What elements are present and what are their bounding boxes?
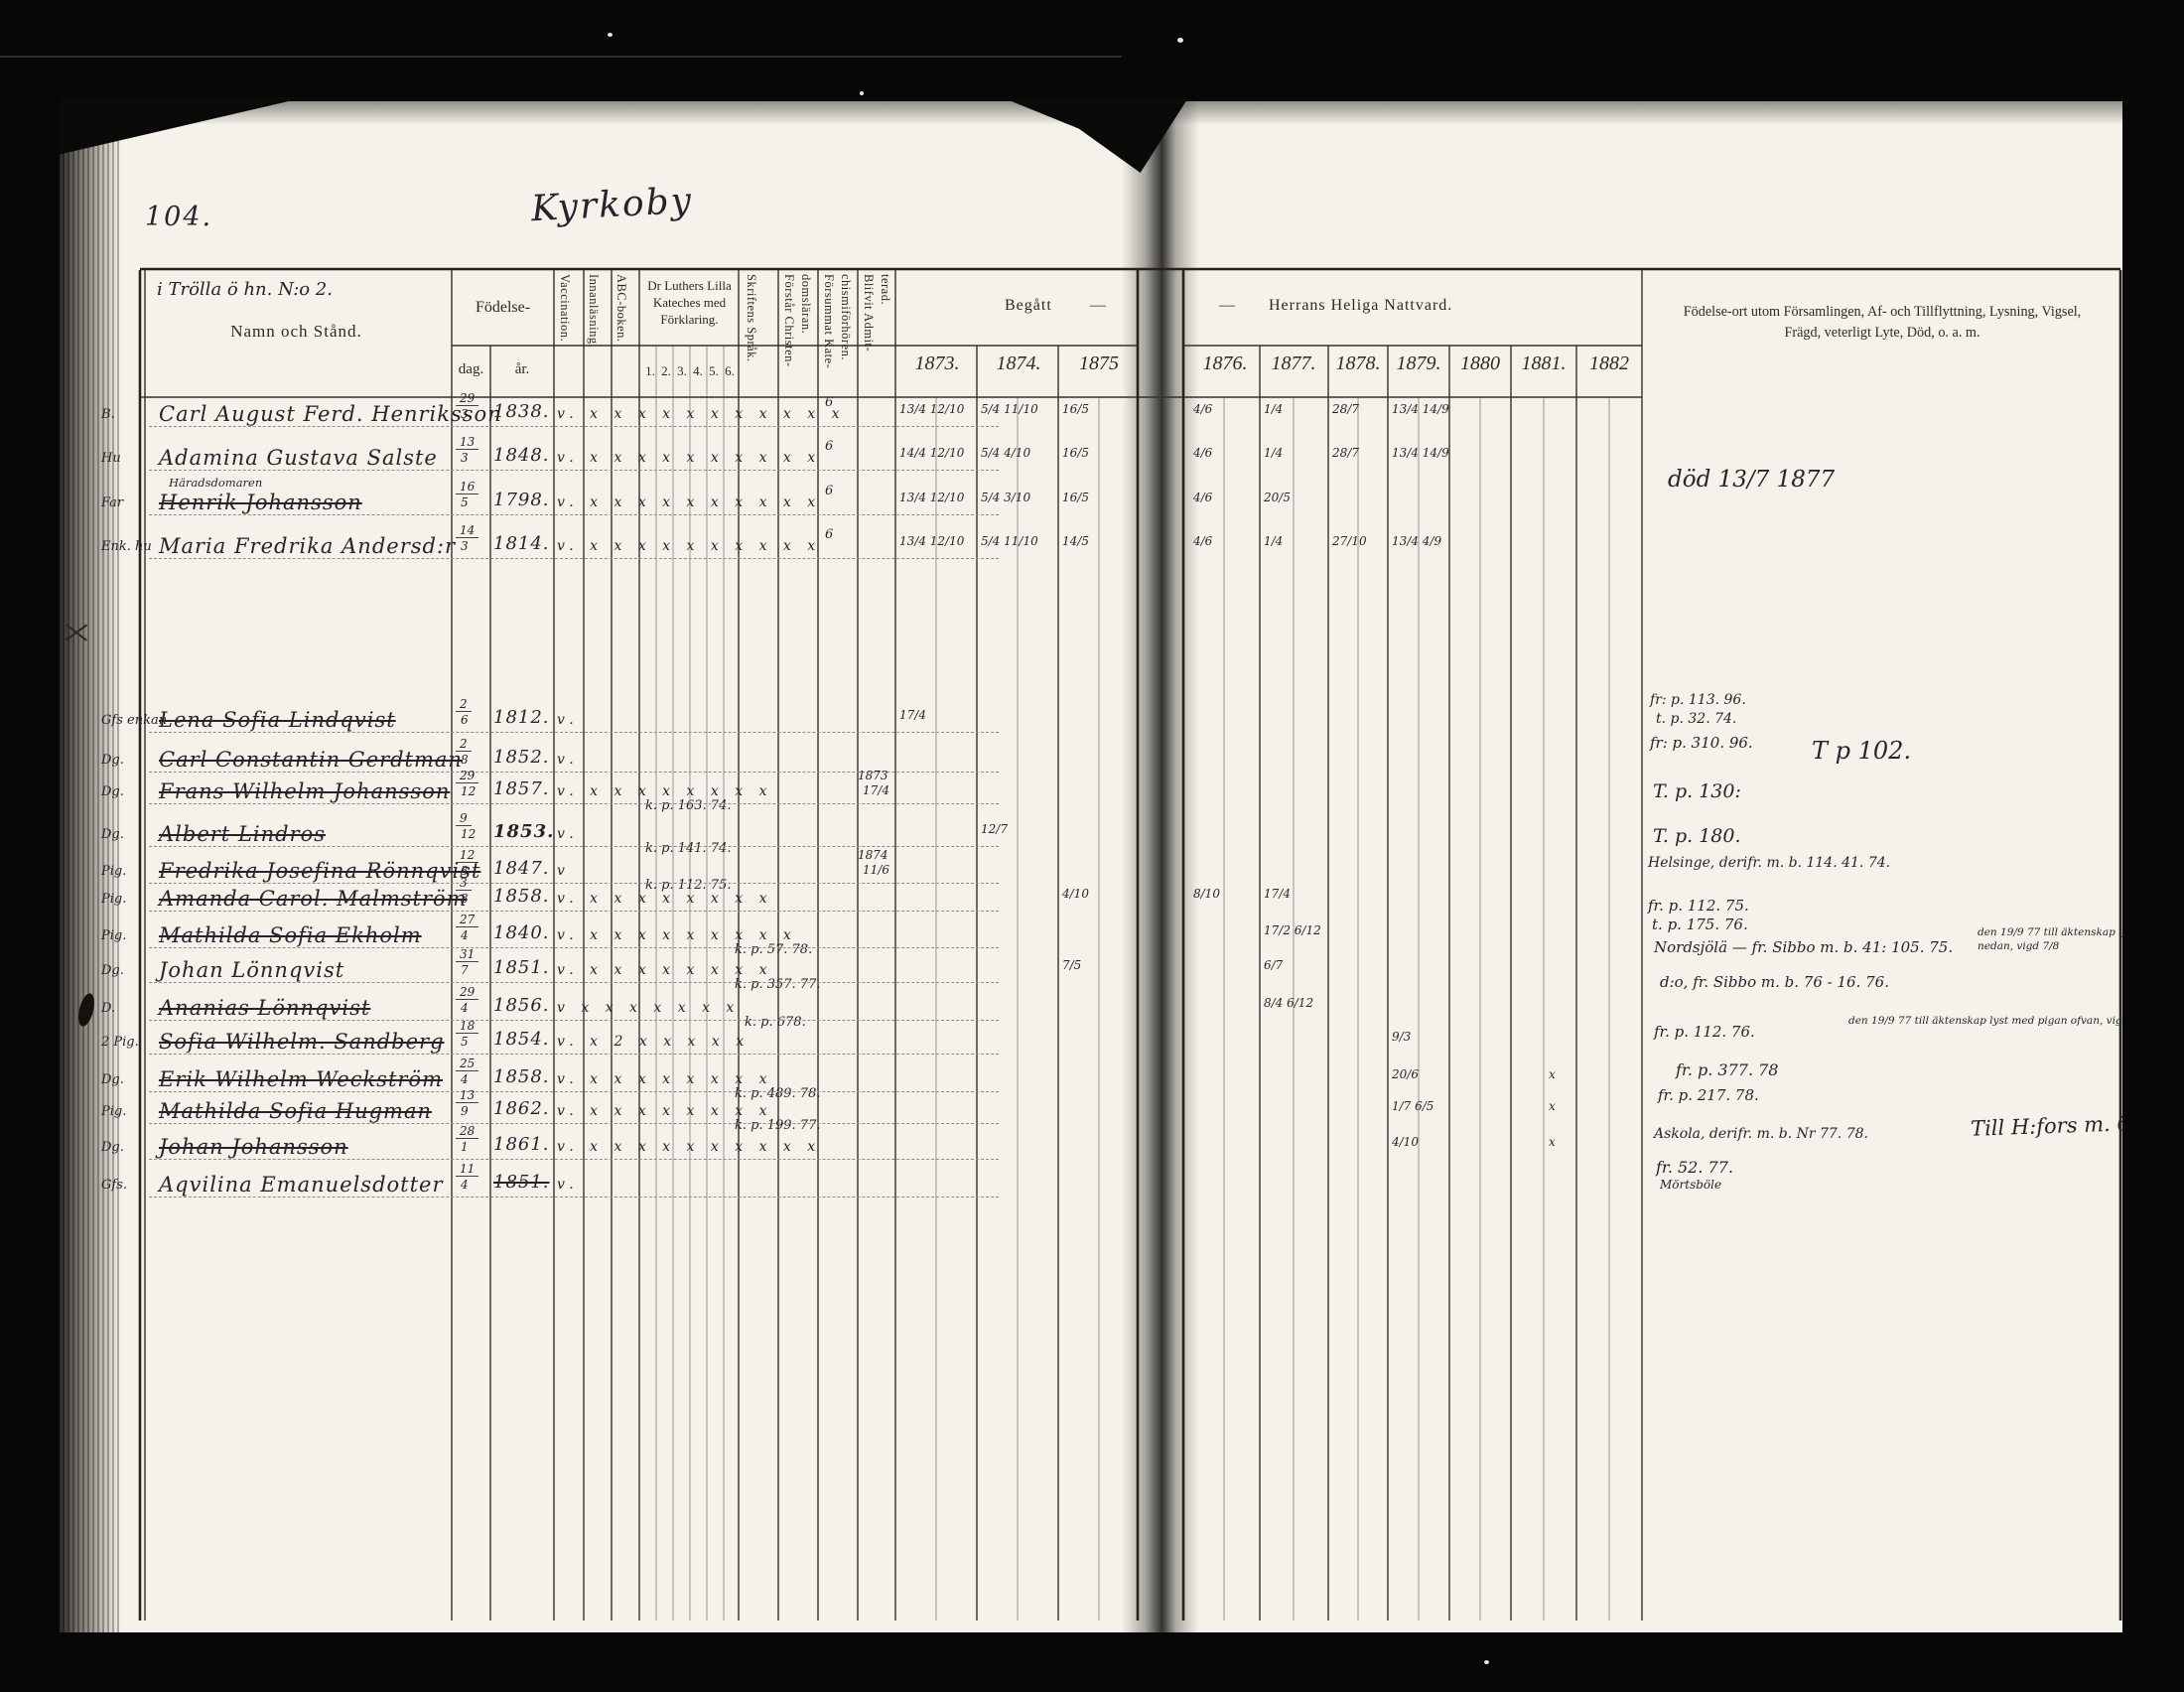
birth-month: 3 [461, 539, 469, 553]
page-ref-note: k. p. 57. 78. [735, 942, 812, 957]
admitted-date: 17/4 [863, 783, 889, 797]
birth-month: 5 [461, 495, 469, 509]
communion-1876: 4/6 [1193, 534, 1259, 548]
communion-1876: 4/6 [1193, 402, 1259, 416]
row-name: Aqvilina Emanuelsdotter [159, 1173, 444, 1197]
year-header-1877: 1877. [1261, 352, 1326, 375]
page-ref-note: k. p. 489. 78. [735, 1086, 820, 1101]
row-name: Johan Johansson [159, 1135, 348, 1159]
birth-month: 4 [461, 1178, 469, 1192]
birth-month: 7 [461, 963, 469, 977]
row-prefix: Dg. [101, 1140, 124, 1155]
birth-year: 1851. [493, 1172, 550, 1193]
birth-year: 1853. [493, 821, 554, 842]
birth-month: 4 [461, 1072, 469, 1086]
row-name: Albert Lindros [159, 822, 326, 846]
communion-1881: x [1549, 1135, 1608, 1149]
page-ref-note: k. p. 199. 77. [735, 1118, 820, 1133]
birth-year: 1854. [493, 1029, 550, 1050]
birth-day: 16 [456, 480, 478, 494]
birth-day: 29 [456, 985, 478, 1000]
margin-note: fr. p. 377. 78 [1676, 1060, 1778, 1079]
communion-1876: 4/6 [1193, 491, 1259, 504]
year-header-1875: 1875 [1062, 352, 1136, 375]
communion-1877: 17/2 6/12 [1264, 923, 1327, 937]
row-marks: v. x x x x x x x x x x [557, 494, 821, 510]
row-underline [149, 1197, 999, 1198]
margin-note-small: Mörtsböle [1660, 1178, 1721, 1192]
margin-note: t. p. 175. 76. [1652, 916, 1748, 933]
communion-1877: 1/4 [1264, 534, 1327, 548]
birth-year: 1812. [493, 707, 550, 728]
birth-month: 8 [461, 753, 469, 767]
column-header-remarks: Födelse-ort utom Församlingen, Af- och T… [1646, 302, 2118, 345]
row-prefix: Pig. [101, 892, 126, 907]
row-name: Fredrika Josefina Rönnqvist [159, 859, 480, 883]
missed-exam-mark: 6 [825, 484, 833, 498]
row-underline [149, 1123, 999, 1124]
birth-month: 12 [461, 784, 476, 798]
margin-note: T. p. 130: [1653, 780, 1741, 802]
communion-1873: 13/4 12/10 [899, 402, 975, 416]
birth-year: 1856. [493, 995, 550, 1016]
communion-1879: 9/3 [1392, 1030, 1449, 1044]
birth-year: 1861. [493, 1134, 550, 1155]
column-header-communion: Herrans Heliga Nattvard. [1269, 297, 1452, 315]
row-name: Carl Constantin Gerdtman [159, 748, 463, 772]
birth-month: 5 [461, 1035, 469, 1049]
column-header-vaccination: Vaccination. [556, 274, 584, 395]
birth-year: 1798. [493, 490, 550, 510]
row-above-note: Häradsdomaren [169, 476, 262, 490]
dust-speck [1484, 1660, 1489, 1664]
row-prefix: B. [101, 407, 115, 422]
row-marks: v. [557, 826, 580, 842]
row-prefix: Dg. [101, 753, 124, 768]
birth-day: 29 [456, 769, 478, 783]
communion-1877: 6/7 [1264, 958, 1327, 972]
communion-1873: 13/4 12/10 [899, 534, 975, 548]
row-prefix: Hu [101, 451, 121, 466]
communion-1881: x [1549, 1099, 1608, 1113]
row-marks: v. x x x x x x x x [557, 783, 772, 799]
row-underline [149, 883, 999, 884]
birth-day: 14 [456, 523, 478, 538]
scan-border-right [2122, 0, 2184, 1692]
row-marks: v. x x x x x x x x x x [557, 1139, 821, 1155]
admitted-date: 11/6 [863, 863, 889, 877]
row-marks: v. x x x x x x x x [557, 891, 772, 907]
margin-note: fr. p. 112. 76. [1654, 1023, 1755, 1041]
communion-1878: 27/10 [1332, 534, 1388, 548]
communion-1879: 20/6 [1392, 1067, 1449, 1081]
row-name: Carl August Ferd. Henriksson [159, 402, 502, 426]
birth-month: 1 [461, 1140, 469, 1154]
row-marks: v [557, 863, 571, 879]
row-prefix: D. [101, 1001, 115, 1016]
birth-year: 1858. [493, 1066, 550, 1087]
birth-month: 4 [461, 1001, 469, 1015]
scan-border-left [0, 0, 60, 1692]
birth-month: 3 [461, 892, 469, 906]
birth-year: 1838. [493, 401, 550, 422]
dust-speck [608, 33, 613, 37]
page-ref-note: k. p. 141. 74. [645, 841, 731, 856]
row-underline [149, 514, 999, 515]
row-marks: v. x x x x x x x x [557, 1103, 772, 1119]
communion-1875: 16/5 [1062, 446, 1134, 460]
communion-1873: 13/4 12/10 [899, 491, 975, 504]
birth-month: 3 [461, 407, 469, 421]
row-prefix: Pig. [101, 928, 126, 943]
communion-1878: 28/7 [1332, 402, 1388, 416]
household-note: i Trölla ö hn. N:o 2. [157, 279, 333, 300]
communion-1875: 4/10 [1062, 887, 1134, 901]
row-marks: v. x x x x x x x x x x [557, 450, 821, 466]
row-prefix: 2 Pig. [101, 1035, 139, 1050]
column-header-admitted: Blifvit Admit- terad. [860, 274, 894, 395]
row-name: Amanda Carol. Malmström [159, 887, 468, 911]
row-marks: v. [557, 712, 580, 728]
birth-day: 3 [456, 876, 472, 891]
row-underline [149, 911, 999, 912]
birth-year: 1847. [493, 858, 550, 879]
row-name: Adamina Gustava Salste [159, 446, 438, 470]
admitted-year: 1873 [858, 769, 888, 782]
row-prefix: Dg. [101, 963, 124, 978]
row-underline [149, 1020, 999, 1021]
dust-speck [860, 91, 864, 95]
communion-1879: 1/7 6/5 [1392, 1099, 1449, 1113]
margin-note: fr: p. 310. 96. [1650, 734, 1753, 752]
column-header-begatt: Begått [1005, 297, 1052, 315]
birth-day: 11 [456, 1162, 478, 1177]
year-header-1878: 1878. [1330, 352, 1386, 375]
catechism-subcolumns: 1. 2. 3. 4. 5. 6. [641, 363, 739, 379]
year-header-1873: 1873. [899, 352, 975, 375]
column-header-birth: Födelse- [452, 299, 554, 317]
communion-1877: 1/4 [1264, 402, 1327, 416]
communion-1881: x [1549, 1067, 1608, 1081]
birth-day: 2 [456, 697, 472, 712]
communion-1877: 8/4 6/12 [1264, 996, 1327, 1010]
column-header-reading: Innanläsning. [585, 274, 612, 395]
column-header-scripture: Skriftens Språk. [743, 274, 776, 395]
margin-note: Nordsjölä — fr. Sibbo m. b. 41: 105. 75. [1654, 938, 1953, 956]
margin-note: fr. 52. 77. [1656, 1158, 1733, 1177]
birth-year: 1858. [493, 886, 550, 907]
row-marks: v. [557, 752, 580, 768]
birth-day: 28 [456, 1124, 478, 1139]
page-ref-note: k. p. 163. 74. [645, 798, 731, 813]
row-underline [149, 470, 999, 471]
page-title: Kyrkoby [530, 181, 694, 229]
year-header-1882: 1882 [1578, 352, 1640, 375]
row-underline [149, 732, 999, 733]
row-name: Mathilda Sofia Hugman [159, 1099, 432, 1123]
column-header-catechism: Dr Luthers Lilla Kateches med Förklaring… [641, 278, 738, 329]
row-marks: v. [557, 1177, 580, 1193]
birth-year: 1862. [493, 1098, 550, 1119]
margin-note-death: död 13/7 1877 [1668, 467, 1835, 493]
row-marks: v. x 2 x x x x x [557, 1034, 750, 1050]
row-name: Lena Sofia Lindqvist [159, 708, 396, 732]
communion-1875: 7/5 [1062, 958, 1134, 972]
column-header-name: Namn och Stånd. [141, 322, 452, 342]
communion-1879: 4/10 [1392, 1135, 1449, 1149]
communion-1876: 4/6 [1193, 446, 1259, 460]
column-header-abc-book: ABC-boken. [613, 274, 639, 395]
communion-1877: 1/4 [1264, 446, 1327, 460]
page-ref-note: k. p. 678. [745, 1015, 806, 1030]
communion-1876: 8/10 [1193, 887, 1259, 901]
page-number: 104. [145, 202, 212, 232]
column-header-missed-exams: Försummat Kate- chismiförhören. [820, 274, 857, 395]
margin-note: fr: p. 113. 96. [1650, 692, 1746, 708]
communion-1879: 13/4 14/9 [1392, 402, 1449, 416]
birth-day: 12 [456, 848, 478, 863]
row-prefix: Dg. [101, 827, 124, 842]
birth-day: 18 [456, 1019, 478, 1034]
row-name: Maria Fredrika Andersd:r [159, 534, 456, 558]
row-prefix: Dg. [101, 1072, 124, 1087]
scan-border-top [0, 0, 2184, 101]
margin-note: fr. p. 112. 75. [1648, 897, 1749, 915]
admitted-year: 1874 [858, 848, 888, 862]
row-prefix: Gfs. [101, 1178, 127, 1193]
margin-note: T. p. 180. [1653, 825, 1741, 847]
film-scratch [0, 56, 1122, 58]
birth-year: 1840. [493, 922, 550, 943]
row-underline [149, 846, 999, 847]
communion-1877: 20/5 [1264, 491, 1327, 504]
margin-note: t. p. 32. 74. [1656, 711, 1736, 727]
birth-day: 13 [456, 1088, 478, 1103]
margin-note: fr. p. 217. 78. [1658, 1086, 1759, 1104]
communion-1873: 17/4 [899, 708, 975, 722]
row-marks: v. x x x x x x x x x [557, 927, 797, 943]
row-name: Sofia Wilhelm. Sandberg [159, 1030, 445, 1054]
birth-day: 9 [456, 811, 472, 826]
communion-1873: 14/4 12/10 [899, 446, 975, 460]
scan-border-bottom [0, 1632, 2184, 1692]
margin-note: T p 102. [1812, 737, 1911, 765]
row-name: Mathilda Sofia Ekholm [159, 923, 422, 947]
row-prefix: Enk. hu [101, 539, 152, 554]
communion-1874: 5/4 4/10 [981, 446, 1056, 460]
communion-1874: 5/4 11/10 [981, 534, 1056, 548]
scanned-ledger-spread: 104. Kyrkoby i Trölla ö hn. N:o 2. Namn … [0, 0, 2184, 1692]
birth-month: 6 [461, 713, 469, 727]
communion-1879: 13/4 4/9 [1392, 534, 1449, 548]
birth-day: 2 [456, 737, 472, 752]
row-underline [149, 1091, 999, 1092]
missed-exam-mark: 6 [825, 395, 833, 410]
birth-year: 1814. [493, 533, 550, 554]
column-header-birth-year: år. [490, 361, 554, 378]
row-underline [149, 1159, 999, 1160]
margin-note: Askola, derifr. m. b. Nr 77. 78. [1654, 1126, 1868, 1142]
communion-1878: 28/7 [1332, 446, 1388, 460]
row-marks: v. x x x x x x x x [557, 1071, 772, 1087]
communion-1877: 17/4 [1264, 887, 1327, 901]
row-name: Ananias Lönnqvist [159, 996, 370, 1020]
row-underline [149, 1054, 999, 1055]
year-header-1879: 1879. [1390, 352, 1447, 375]
year-header-1876: 1876. [1191, 352, 1259, 375]
communion-1874: 5/4 11/10 [981, 402, 1056, 416]
row-prefix: Dg. [101, 784, 124, 799]
margin-note: Helsinge, derifr. m. b. 114. 41. 74. [1648, 855, 1890, 871]
row-marks: v x x x x x x x [557, 1000, 740, 1016]
row-name: Johan Lönnqvist [159, 958, 344, 982]
communion-1874: 12/7 [981, 822, 1056, 836]
communion-1879: 13/4 14/9 [1392, 446, 1449, 460]
row-underline [149, 426, 999, 427]
year-header-1881: 1881. [1513, 352, 1574, 375]
missed-exam-mark: 6 [825, 439, 833, 454]
row-prefix: Pig. [101, 864, 126, 879]
row-underline [149, 947, 999, 948]
row-underline [149, 982, 999, 983]
row-prefix: Pig. [101, 1104, 126, 1119]
communion-1875: 16/5 [1062, 491, 1134, 504]
row-underline [149, 803, 999, 804]
communion-1875: 14/5 [1062, 534, 1134, 548]
birth-day: 27 [456, 913, 478, 927]
row-prefix: Far [101, 495, 123, 510]
year-header-1874: 1874. [981, 352, 1056, 375]
row-underline [149, 558, 999, 559]
birth-year: 1848. [493, 445, 550, 466]
birth-year: 1852. [493, 747, 550, 768]
margin-note: d:o, fr. Sibbo m. b. 76 - 16. 76. [1660, 973, 1889, 991]
birth-day: 13 [456, 435, 478, 450]
birth-month: 3 [461, 451, 469, 465]
column-header-birth-day: dag. [452, 361, 490, 378]
birth-day: 31 [456, 947, 478, 962]
communion-1875: 16/5 [1062, 402, 1134, 416]
row-marks: v. x x x x x x x x [557, 962, 772, 978]
row-name: Erik Wilhelm Weckström [159, 1067, 443, 1091]
page-ref-note: k. p. 357. 77. [735, 977, 820, 992]
birth-year: 1851. [493, 957, 550, 978]
row-marks: v. x x x x x x x x x x [557, 538, 821, 554]
row-name: Henrik Johansson [159, 491, 362, 514]
header-dash: — [1090, 297, 1106, 315]
birth-month: 4 [461, 928, 469, 942]
birth-month: 9 [461, 1104, 469, 1118]
missed-exam-mark: 6 [825, 527, 833, 542]
birth-day: 29 [456, 391, 478, 406]
row-name: Frans Wilhelm Johansson [159, 779, 450, 803]
row-prefix: Gfs enkan [101, 713, 167, 728]
birth-day: 25 [456, 1057, 478, 1071]
birth-year: 1857. [493, 778, 550, 799]
birth-month: 12 [461, 827, 476, 841]
year-header-1880: 1880 [1451, 352, 1509, 375]
row-marks: v. x x x x x x x x x x x [557, 406, 846, 422]
dust-speck [1177, 38, 1183, 43]
communion-1874: 5/4 3/10 [981, 491, 1056, 504]
column-header-understands: Förstår Christen- domsläran. [780, 274, 817, 395]
header-dash: — [1219, 297, 1235, 315]
